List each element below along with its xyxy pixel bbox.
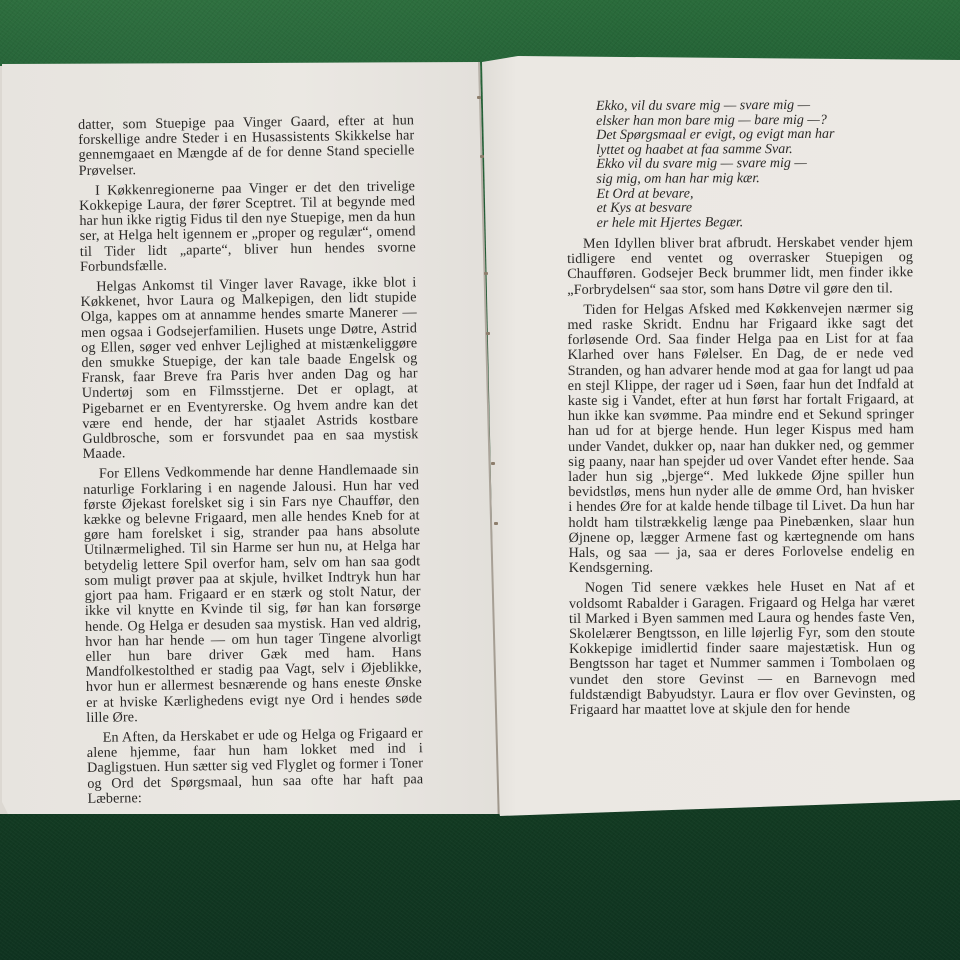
poem-line: Et Ord at bevare, bbox=[596, 186, 916, 202]
paragraph: Tiden for Helgas Afsked med Køkkenvejen … bbox=[567, 301, 914, 576]
binding-staple-mark bbox=[480, 155, 484, 158]
binding-staple-mark bbox=[477, 96, 481, 99]
paragraph: Nogen Tid senere vækkes hele Huset en Na… bbox=[569, 580, 916, 719]
left-page-text: datter, som Stuepige paa Vinger Gaard, e… bbox=[78, 113, 424, 807]
paragraph: For Ellens Vedkommende har denne Handlem… bbox=[83, 463, 423, 726]
paragraph: datter, som Stuepige paa Vinger Gaard, e… bbox=[78, 113, 415, 178]
poem-line: sig mig, om han har mig kær. bbox=[596, 171, 916, 187]
paragraph: En Aften, da Herskabet er ude og Helga o… bbox=[87, 726, 424, 807]
binding-staple-mark bbox=[484, 272, 488, 275]
open-booklet: datter, som Stuepige paa Vinger Gaard, e… bbox=[0, 0, 960, 960]
poem-line: er hele mit Hjertes Begær. bbox=[597, 215, 917, 231]
right-page-text: Men Idyllen bliver brat afbrudt. Herskab… bbox=[567, 235, 916, 718]
paragraph: Men Idyllen bliver brat afbrudt. Herskab… bbox=[567, 235, 913, 298]
song-lyrics: Ekko, vil du svare mig — svare mig — els… bbox=[596, 98, 917, 231]
paragraph: I Køkkenregionerne paa Vinger er det den… bbox=[79, 179, 416, 275]
binding-staple-mark bbox=[486, 332, 490, 335]
poem-line: Ekko, vil du svare mig — svare mig — bbox=[596, 98, 916, 114]
binding-staple-mark bbox=[491, 462, 495, 465]
poem-line: et Kys at besvare bbox=[597, 200, 917, 216]
paragraph: Helgas Ankomst til Vinger laver Ravage, … bbox=[80, 275, 419, 462]
binding-staple-mark bbox=[494, 522, 498, 525]
